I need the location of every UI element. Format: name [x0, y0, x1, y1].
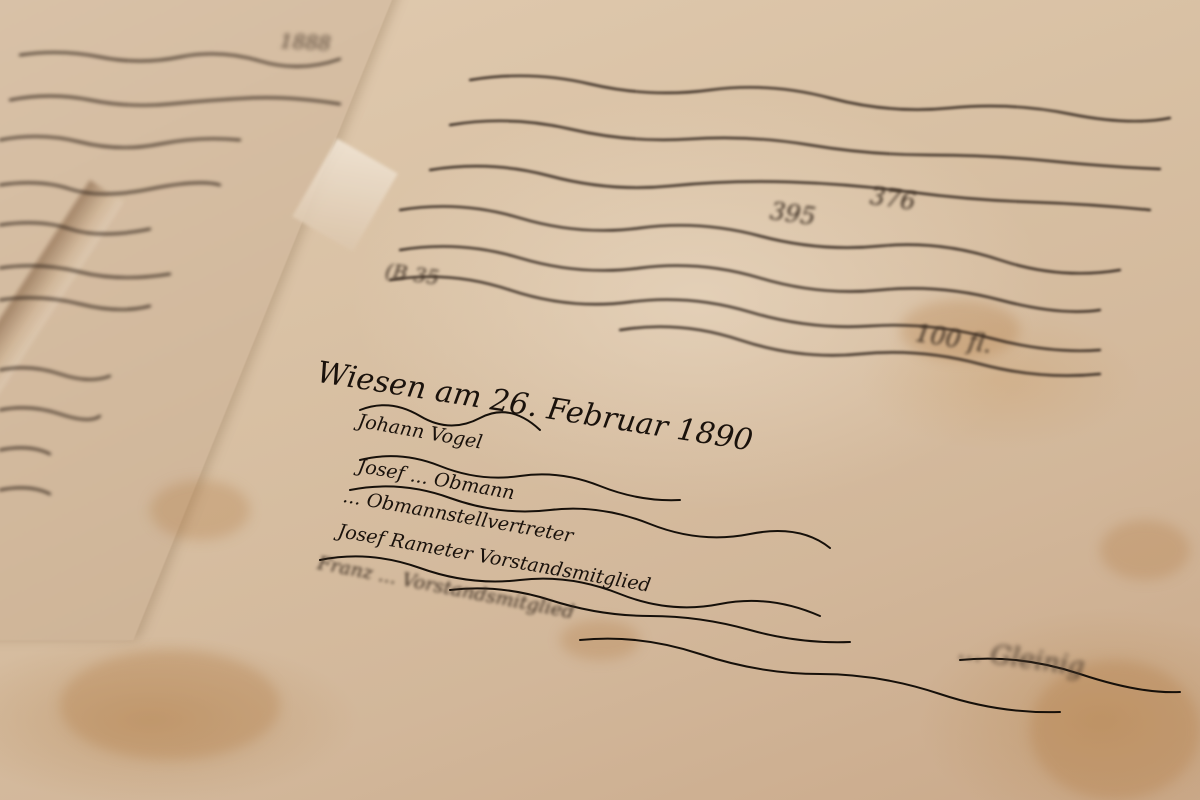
left-page-date: 1888 — [279, 29, 331, 56]
document-photo: 1888 376 395 (B 35 100 fl. Wiesen am 26.… — [0, 0, 1200, 800]
